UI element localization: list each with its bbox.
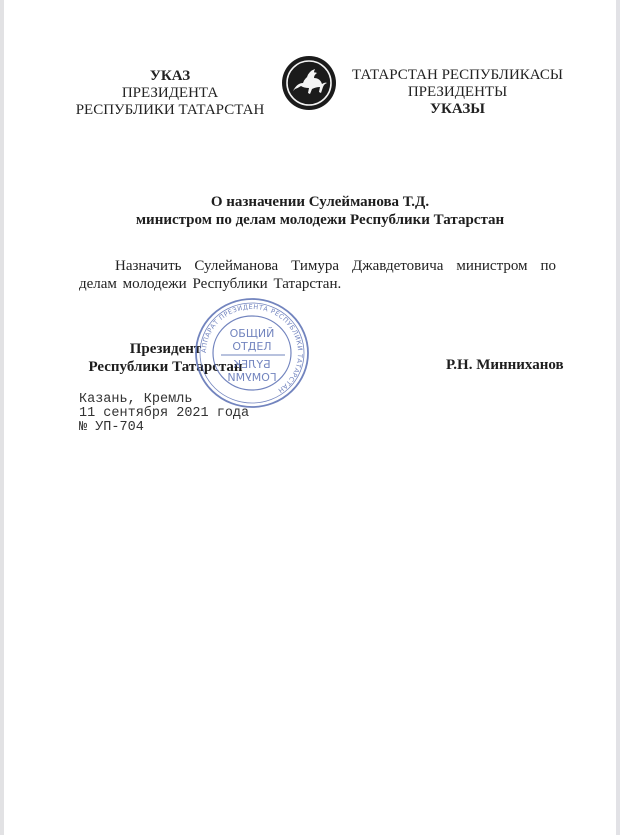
decree-title: О назначении Сулейманова Т.Д. министром …	[100, 193, 540, 229]
decree-place-date-number: Казань, Кремль11 сентября 2021 года№ УП-…	[79, 393, 249, 435]
header-right-line3: УКАЗЫ	[340, 101, 575, 118]
header-left-line3: РЕСПУБЛИКИ ТАТАРСТАН	[60, 102, 280, 119]
decree-place: Казань, Кремль	[79, 393, 249, 407]
header-left-line1: УКАЗ	[60, 68, 280, 85]
decree-number: № УП-704	[79, 421, 249, 435]
decree-title-line2: министром по делам молодежи Республики Т…	[100, 211, 540, 229]
stamp-line1: ОБЩИЙ	[230, 327, 275, 340]
stamp-line3: ГОМУМИ	[227, 371, 276, 384]
decree-title-line1: О назначении Сулейманова Т.Д.	[100, 193, 540, 211]
header-left-line2: ПРЕЗИДЕНТА	[60, 85, 280, 102]
page-edge-right	[616, 0, 620, 835]
decree-body: Назначить Сулейманова Тимура Джавдетович…	[79, 257, 556, 293]
header-left-russian: УКАЗ ПРЕЗИДЕНТА РЕСПУБЛИКИ ТАТАРСТАН	[60, 68, 280, 119]
decree-date: 11 сентября 2021 года	[79, 407, 249, 421]
header-right-line2: ПРЕЗИДЕНТЫ	[340, 84, 575, 101]
stamp-line2: ОТДЕЛ	[232, 340, 271, 353]
stamp-line4: БҮЛЕК	[233, 358, 270, 371]
header-right-line1: ТАТАРСТАН РЕСПУБЛИКАСЫ	[340, 67, 575, 84]
page-edge-left	[0, 0, 4, 835]
tatarstan-coat-of-arms-icon	[281, 55, 337, 111]
header-right-tatar: ТАТАРСТАН РЕСПУБЛИКАСЫ ПРЕЗИДЕНТЫ УКАЗЫ	[340, 67, 575, 118]
signatory-name: Р.Н. Минниханов	[446, 357, 564, 374]
